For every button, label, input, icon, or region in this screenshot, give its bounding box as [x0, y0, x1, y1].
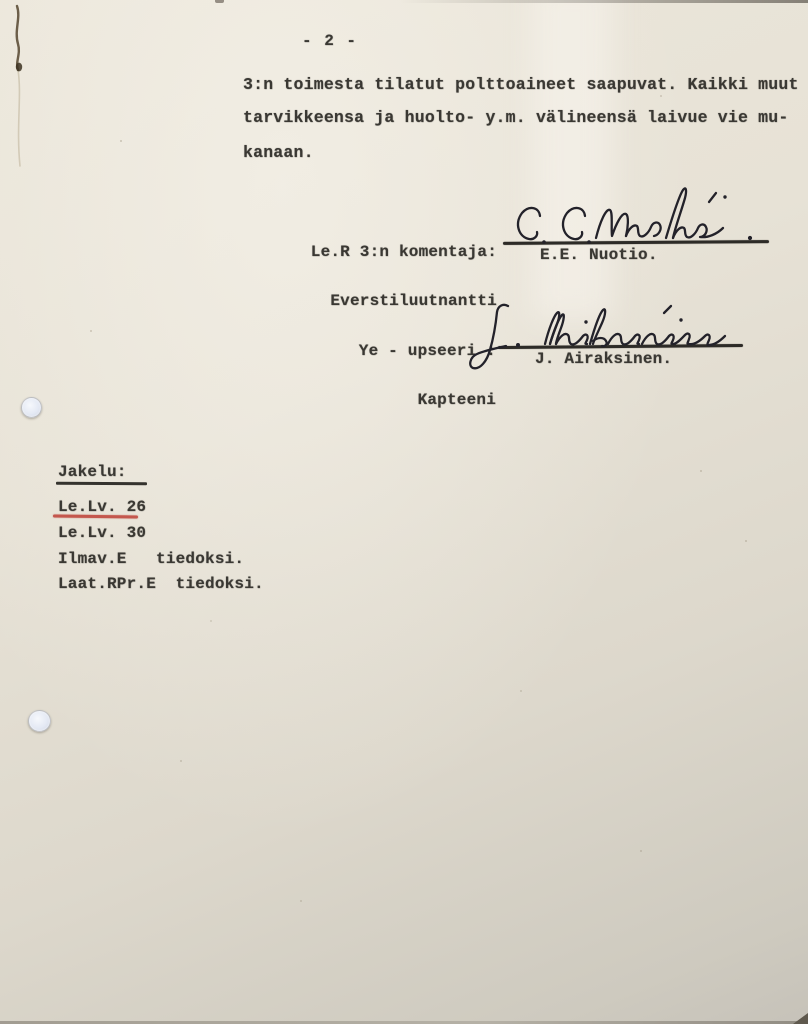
commander-role-title: Le.R 3:n komentaja:: [300, 244, 497, 260]
distribution-item-1: Le.Lv. 26: [58, 499, 146, 515]
commander-typed-name: E.E. Nuotio.: [540, 247, 658, 263]
red-underline: [53, 514, 138, 518]
handwritten-signature-airaksinen: [460, 296, 760, 386]
scan-top-edge-shadow: [400, 0, 808, 3]
punch-hole-top: [21, 397, 42, 418]
binder-thread-mark: [6, 4, 40, 184]
body-line-1: 3:n toimesta tilatut polttoaineet saapuv…: [243, 77, 799, 94]
scanned-document-page: - 2 - 3:n toimesta tilatut polttoaineet …: [0, 0, 808, 1024]
officer-rank: Kapteeni: [300, 392, 496, 408]
officer-typed-name: J. Airaksinen.: [535, 351, 672, 367]
scan-top-edge-mark: [215, 0, 224, 3]
page-number: - 2 -: [302, 33, 358, 49]
body-line-2: tarvikkeensa ja huolto- y.m. välineensä …: [243, 110, 789, 127]
handwritten-signature-nuotio: [496, 180, 786, 256]
distribution-item-4: Laat.RPr.E tiedoksi.: [58, 576, 264, 592]
paper-light-band: [532, 0, 612, 320]
punch-hole-bottom: [28, 710, 51, 732]
distribution-heading: Jakelu:: [58, 464, 127, 480]
distribution-item-2: Le.Lv. 30: [58, 525, 146, 541]
distribution-item-3: Ilmav.E tiedoksi.: [58, 551, 244, 567]
paper-speckles: [120, 140, 122, 142]
distribution-heading-underline: [56, 482, 147, 485]
body-line-3: kanaan.: [243, 145, 314, 162]
